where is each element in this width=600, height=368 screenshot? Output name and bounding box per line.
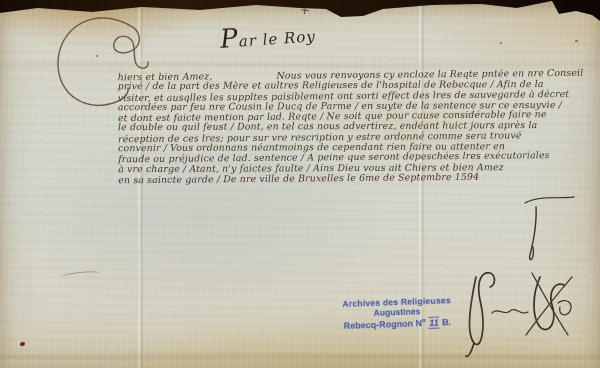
manuscript-paper: + Par le Roy hiers et bien Amez, Nous vo…	[0, 0, 600, 368]
signature-flourish	[440, 185, 600, 363]
paper-speck	[96, 55, 98, 57]
ink-spot	[20, 342, 25, 346]
manuscript-photo: + Par le Roy hiers et bien Amez, Nous vo…	[0, 0, 600, 368]
document-heading: Par le Roy	[219, 15, 361, 55]
salutation: hiers et bien Amez,	[118, 72, 213, 83]
paper-speck	[500, 42, 502, 44]
letter-body: hiers et bien Amez, Nous vous renvoyons …	[118, 70, 589, 186]
archive-stamp: Archives des Religieuses Augustines Rebe…	[329, 295, 464, 333]
pencil-scratch	[60, 270, 101, 281]
cross-mark: +	[299, 2, 311, 17]
line-gap	[212, 72, 276, 83]
stamp-ordinal: o	[422, 318, 426, 324]
stamp-line-3-suffix: B.	[442, 317, 451, 327]
paper-speck	[575, 40, 578, 42]
stamp-line-3-prefix: Rebecq-Rognon N	[343, 318, 422, 331]
stamp-number: 11	[428, 317, 440, 329]
